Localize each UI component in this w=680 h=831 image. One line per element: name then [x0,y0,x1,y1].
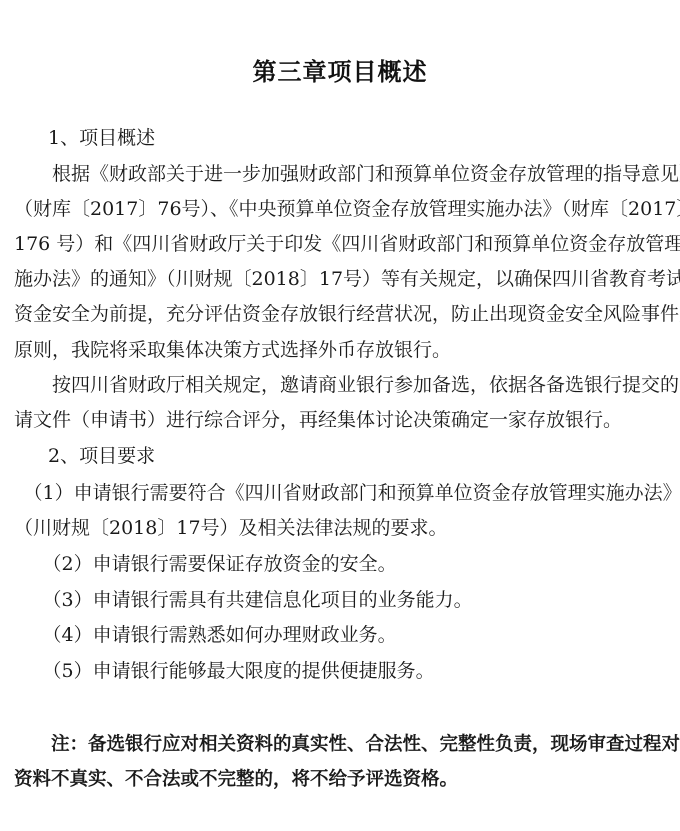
section-heading-1: 1、项目概述 [48,126,155,150]
paragraph-line: 按四川省财政厅相关规定，邀请商业银行参加备选，依据各备选银行提交的申 [14,373,666,397]
paragraph-line: 原则，我院将采取集体决策方式选择外币存放银行。 [14,338,666,362]
requirement-item-5: （5）申请银行能够最大限度的提供便捷服务。 [14,659,666,683]
requirement-item-1-cont: （川财规〔2018〕17号）及相关法律法规的要求。 [14,516,666,540]
paragraph-line: 资金安全为前提，充分评估资金存放银行经营状况，防止出现资金安全风险事件为 [14,302,666,326]
requirement-item-4: （4）申请银行需熟悉如何办理财政业务。 [14,623,666,647]
requirement-item-2: （2）申请银行需要保证存放资金的安全。 [14,552,666,576]
note-line: 注：备选银行应对相关资料的真实性、合法性、完整性负责，现场审查过程对 [14,733,666,757]
requirement-item-3: （3）申请银行需具有共建信息化项目的业务能力。 [14,588,666,612]
paragraph-line: 176 号）和《四川省财政厅关于印发《四川省财政部门和预算单位资金存放管理实 [14,232,666,256]
paragraph-line: 请文件（申请书）进行综合评分，再经集体讨论决策确定一家存放银行。 [14,408,666,432]
requirement-item-1: （1）申请银行需要符合《四川省财政部门和预算单位资金存放管理实施办法》 [14,481,666,505]
chapter-title: 第三章项目概述 [0,52,680,87]
paragraph-line: （财库〔2017〕76号）、《中央预算单位资金存放管理实施办法》（财库〔2017… [14,197,666,221]
paragraph-line: 施办法》的通知》（川财规〔2018〕17号）等有关规定，以确保四川省教育考试院 [14,267,666,291]
paragraph-line: 根据《财政部关于进一步加强财政部门和预算单位资金存放管理的指导意见》 [14,162,666,186]
document-page: 第三章项目概述 1、项目概述 根据《财政部关于进一步加强财政部门和预算单位资金存… [0,0,680,831]
note-line: 资料不真实、不合法或不完整的，将不给予评选资格。 [14,768,666,792]
section-heading-2: 2、项目要求 [48,444,155,468]
